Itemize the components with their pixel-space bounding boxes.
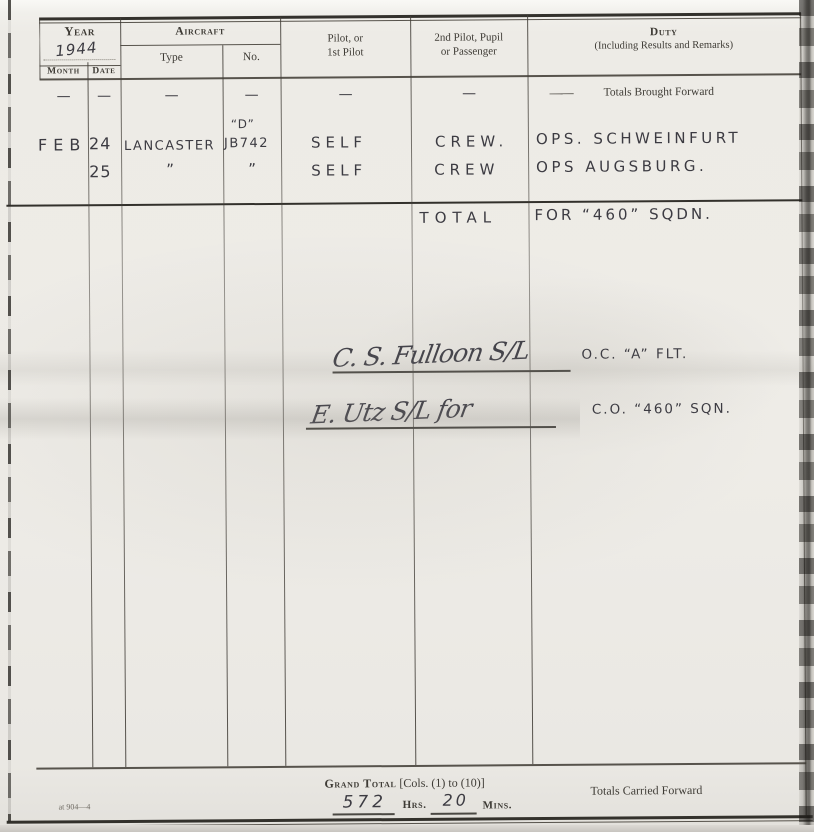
grand-total-label: Grand Total [Cols. (1) to (10)] [324,776,484,791]
entry-row-second-pilot: CREW. [435,133,508,150]
totals-carried-forward-label: Totals Carried Forward [590,784,702,799]
squadron-total-label-right: FOR “460” SQDN. [534,206,713,224]
entry-row-aircraft-letter: “D” [231,118,255,131]
mins-label: Mins. [483,799,513,812]
footer-top-rule [36,762,806,769]
scan-left-edge [8,0,11,822]
second-pilot-column-header-line2: or Passenger [410,45,527,58]
squadron-total-label-left: TOTAL [419,209,497,226]
brought-forward-dash-no: — [223,88,281,104]
entry-row-pilot: SELF [311,134,367,151]
brought-forward-dash-month: — [40,89,88,105]
column-divider-secondpilot-duty [527,15,533,764]
entry-row-pilot: SELF [311,162,367,179]
grand-total-label-caps: Grand Total [324,776,396,791]
pilot-column-header-line1: Pilot, or [280,32,410,46]
entry-row-date: 25 [89,163,111,181]
signature-commanding-officer: E. Utz S/L for [309,394,474,430]
month-column-header: Month [39,66,87,77]
entry-row-duty: OPS AUGSBURG. [536,158,707,176]
brought-forward-dash-date: — [88,89,121,105]
signature-role-flight-commander: O.C. “A” FLT. [581,347,688,363]
signature-role-commanding-officer: C.O. “460” SQN. [592,402,732,418]
year-dotted-line [43,58,115,61]
type-column-header: Type [120,51,222,65]
signature-flight-commander: C. S. Fulloon S/L [330,336,531,373]
scan-top-edge [0,0,814,12]
header-bottom-rule [40,73,802,80]
aircraft-subheader-rule [120,44,280,46]
brought-forward-dash-second-pilot: — [411,86,528,102]
column-divider-pilot-secondpilot [410,16,416,765]
duty-column-header-line2: (Including Results and Remarks) [527,39,800,53]
entry-row-aircraft-type: LANCASTER [124,139,215,154]
signature-underline [306,426,556,429]
grand-total-cols-note: [Cols. (1) to (10)] [399,775,484,790]
minutes-underline [431,813,477,815]
signature-underline [333,370,571,373]
grand-total-hours-value: 572 [343,793,388,812]
hrs-label: Hrs. [403,799,427,812]
brought-forward-dash-pilot: — [281,87,411,103]
entry-row-duty: OPS. SCHWEINFURT [536,130,741,148]
form-number: at 904—4 [59,802,91,811]
entry-row-date: 24 [89,135,111,153]
column-divider-aircraft-pilot [280,17,286,766]
entry-row-type-ditto: ” [166,162,174,179]
entry-row-month: FEB [38,136,86,154]
column-divider-year-aircraft [120,18,126,767]
duty-column-header-line1: Duty [527,25,800,40]
no-column-header: No. [222,51,280,65]
date-column-header: Date [87,66,120,77]
logbook-scan-page: Year 1944 Month Date Aircraft Type No. P… [0,0,814,832]
year-value-handwritten: 1944 [55,39,99,59]
brought-forward-dash-type: — [121,88,223,104]
brought-forward-rule-dash: —— [550,86,572,101]
totals-brought-forward-label: Totals Brought Forward [604,86,714,100]
entry-row-no-ditto: ” [248,161,256,178]
entry-row-aircraft-no: JB742 [224,137,269,152]
pilot-column-header-line2: 1st Pilot [280,46,410,60]
aircraft-column-header: Aircraft [120,25,280,39]
second-pilot-column-header-line1: 2nd Pilot, Pupil [410,31,527,44]
scan-right-edge [799,0,814,832]
hours-underline [333,813,395,815]
year-column-header: Year [39,24,120,39]
entry-row-second-pilot: CREW [434,161,499,178]
logbook-sheet: Year 1944 Month Date Aircraft Type No. P… [0,0,814,832]
column-divider-type-no [222,45,228,766]
scan-bottom-edge [0,825,814,832]
grand-total-minutes-value: 20 [443,792,469,810]
